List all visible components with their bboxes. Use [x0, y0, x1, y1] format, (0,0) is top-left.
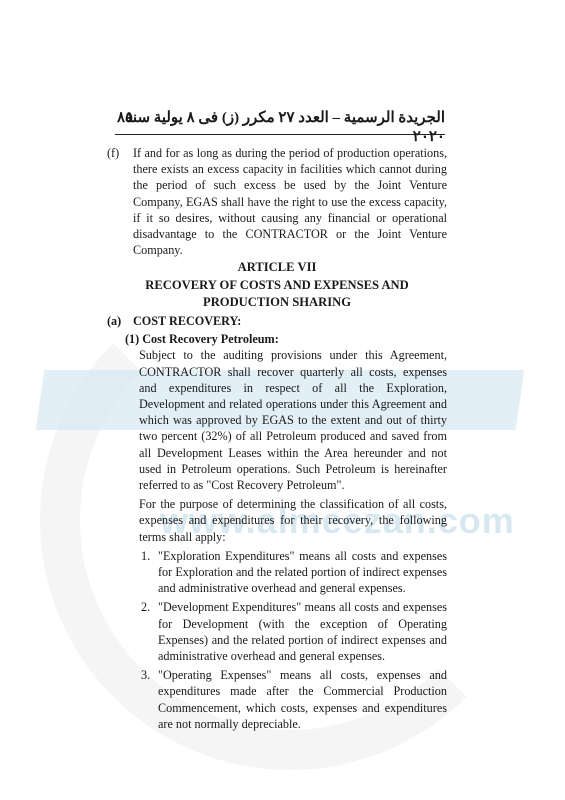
section-label: (a)	[107, 313, 121, 329]
cost-recovery-paragraph: Subject to the auditing provisions under…	[139, 347, 447, 493]
article-number: ARTICLE VII	[107, 259, 447, 277]
list-text: "Development Expenditures" means all cos…	[158, 600, 447, 663]
list-item: 1. "Exploration Expenditures" means all …	[107, 548, 447, 597]
subsection-1-body: Subject to the auditing provisions under…	[107, 347, 447, 544]
document-body: (f) If and for as long as during the per…	[107, 145, 447, 732]
list-text: "Exploration Expenditures" means all cos…	[158, 549, 447, 595]
paragraph-f: (f) If and for as long as during the per…	[107, 145, 447, 258]
classification-paragraph: For the purpose of determining the class…	[139, 496, 447, 545]
list-number: 2.	[141, 599, 150, 615]
section-a-heading: (a) COST RECOVERY:	[107, 313, 447, 329]
list-text: "Operating Expenses" means all costs, ex…	[158, 668, 447, 731]
list-item: 3. "Operating Expenses" means all costs,…	[107, 667, 447, 732]
paragraph-label: (f)	[107, 145, 119, 161]
list-item: 2. "Development Expenditures" means all …	[107, 599, 447, 664]
article-title-line1: RECOVERY OF COSTS AND EXPENSES AND	[107, 277, 447, 295]
section-title: COST RECOVERY:	[133, 314, 241, 328]
subsection-1-heading: (1) Cost Recovery Petroleum:	[107, 331, 447, 347]
gazette-title: الجريدة الرسمية – العدد ٢٧ مكرر (ز) فى ٨…	[115, 108, 445, 146]
list-number: 1.	[141, 548, 150, 564]
paragraph-text: If and for as long as during the period …	[133, 146, 447, 257]
list-number: 3.	[141, 667, 150, 683]
article-title-line2: PRODUCTION SHARING	[107, 294, 447, 312]
page-header: ٨٥ الجريدة الرسمية – العدد ٢٧ مكرر (ز) ف…	[115, 108, 445, 130]
header-rule	[115, 134, 445, 135]
